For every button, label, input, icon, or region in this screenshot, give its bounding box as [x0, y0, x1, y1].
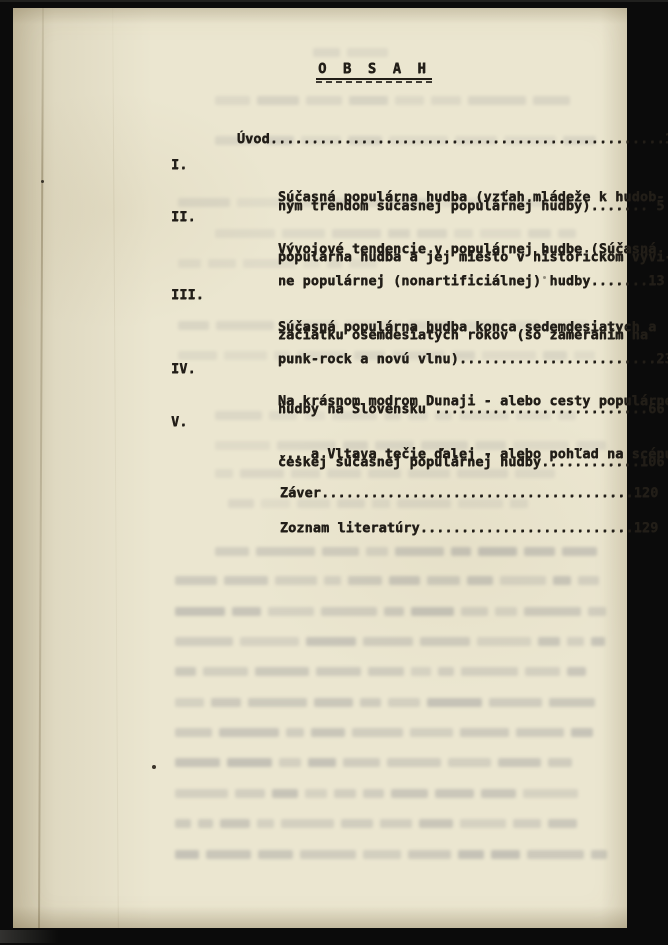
title-underline [316, 81, 432, 83]
toc-numeral: III. [171, 287, 204, 303]
toc-text: českej súčasnej populárnej hudby........… [237, 454, 665, 470]
toc-text: Zoznam literatúry.......................… [237, 520, 658, 536]
toc-numeral: V. [171, 414, 187, 430]
page-title-text: O B S A H [316, 61, 432, 80]
page-title: O B S A H [316, 61, 432, 83]
scan-background: O B S A H Úvod..........................… [0, 0, 668, 945]
toc-numeral: II. [171, 209, 196, 225]
toc-text: Záver...................................… [237, 485, 658, 501]
toc-numeral: IV. [171, 361, 196, 377]
toc-numeral: I. [171, 157, 187, 173]
page-paper: O B S A H Úvod..........................… [13, 8, 627, 928]
toc-text: Úvod....................................… [237, 131, 668, 147]
typed-content: O B S A H Úvod..........................… [13, 8, 627, 928]
toc-row-literatura: Zoznam literatúry.......................… [171, 504, 627, 552]
toc-row-uvod: Úvod....................................… [171, 115, 627, 163]
